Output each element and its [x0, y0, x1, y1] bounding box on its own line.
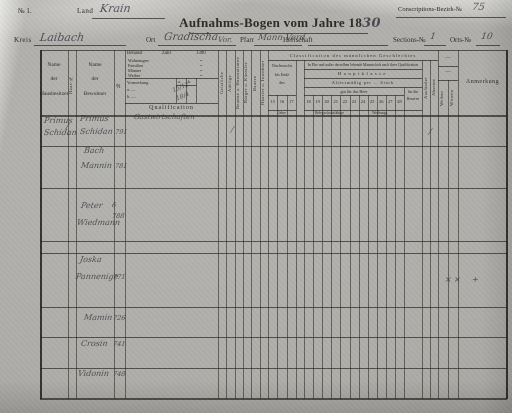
grid-line-horizontal: [40, 337, 507, 338]
age-class-cell: 25: [368, 99, 377, 104]
column-header-hausbesitzer: Name der Hausbesitzer: [40, 58, 68, 101]
grid-line-vertical: [186, 78, 187, 103]
age-class-cell: 28: [395, 99, 404, 104]
grid-line-horizontal: [268, 95, 296, 96]
grid-line-vertical: [331, 95, 332, 399]
entry-number-handwritten: 748: [112, 370, 126, 378]
grid-line-vertical: [386, 95, 387, 399]
entry-bewohner-handwritten: Bach: [83, 146, 105, 155]
main-class-fit: gut für das Heer: [304, 89, 404, 94]
orts-value-handwritten: 10: [480, 32, 493, 42]
grid-line-vertical: [395, 95, 396, 399]
grid-line-horizontal: [40, 368, 507, 369]
right-column-label-vertical: Absente: [432, 63, 438, 112]
land-underline: [92, 18, 165, 19]
grid-line-vertical: [422, 60, 423, 399]
behaust-top-count: 1380: [196, 51, 206, 56]
nachwuchs-age-cell: 16: [277, 99, 286, 104]
main-class-label: Hauptklasse: [304, 71, 422, 76]
reserve-label-line1: für die: [404, 90, 422, 94]
grid-line-vertical: [340, 95, 341, 399]
column-header-line: Hausbesitzer: [40, 87, 68, 101]
ort-suffix-handwritten: Vor.: [217, 35, 233, 44]
form-title-year-handwritten: 30: [362, 16, 381, 31]
grid-line-vertical: [322, 95, 323, 399]
grid-line-horizontal: [40, 398, 507, 400]
grid-line-horizontal: [304, 110, 422, 111]
grid-line-vertical: [448, 80, 449, 399]
grid-line-horizontal: [176, 85, 196, 86]
kreis-label: Kreis: [14, 36, 32, 44]
entry-hausbesitzer-handwritten: Schidan: [43, 128, 77, 137]
grid-line-vertical: [196, 78, 197, 103]
column-header-line: Name: [40, 58, 68, 72]
entry-bewohner-handwritten: Vidonin: [77, 369, 109, 378]
age-class-cell: 19: [313, 99, 322, 104]
classification-title: Classification des männlichen Geschlecht…: [268, 53, 438, 58]
ehen-column-label-vertical: Witwen: [450, 83, 456, 113]
column-header-bewohner: Name der Bewohner: [76, 58, 114, 101]
reserve-label-line2: Reserve: [404, 97, 422, 101]
herrschaft-underline: [308, 45, 388, 46]
grid-line-vertical: [313, 95, 314, 399]
grid-line-horizontal: [438, 66, 458, 67]
sheet-number: № 1.: [18, 7, 32, 15]
grid-line-vertical: [287, 95, 288, 399]
table-border-left: [40, 50, 42, 399]
grid-line-horizontal: [40, 188, 507, 189]
grid-line-vertical: [226, 50, 227, 399]
grid-line-vertical: [176, 78, 177, 103]
grid-line-horizontal: [125, 103, 218, 104]
entry-number-handwritten: 788: [111, 212, 125, 220]
vormerk-line: a. —: [127, 87, 135, 92]
form-title-printed: Aufnahms-Bogen vom Jahre 18: [179, 15, 362, 30]
age-class-cell: 26: [377, 99, 386, 104]
ehen-box-dash: —: [438, 70, 458, 75]
grid-line-horizontal: [268, 110, 296, 111]
class-column-label-vertical: Geistliche: [220, 54, 226, 112]
age-class-cell: 22: [340, 99, 349, 104]
land-value-handwritten: Krain: [99, 2, 131, 15]
nachwuchs-age-cell: 15: [268, 99, 277, 104]
handwritten-mark: ×: [444, 275, 452, 284]
land-label: Land: [77, 7, 93, 15]
handwritten-mark: +: [471, 275, 479, 284]
grid-line-horizontal: [40, 241, 507, 242]
age-class-cell: 27: [386, 99, 395, 104]
ort-label: Ort: [146, 36, 155, 44]
grid-line-horizontal: [304, 69, 422, 70]
entry-number-handwritten: 726: [112, 314, 126, 322]
entry-number-handwritten: 771: [112, 273, 126, 281]
main-class-sub: Altersmäßig per … Stück: [304, 80, 422, 85]
grid-line-vertical: [368, 95, 369, 399]
entry-number-handwritten: 6: [111, 201, 116, 209]
class-column-label-vertical: Bürger u. Künstler: [244, 54, 250, 112]
column-header-line: der: [76, 72, 114, 86]
grid-line-vertical: [377, 95, 378, 399]
ehen-box-dash: —: [438, 56, 458, 61]
grid-line-vertical: [430, 60, 431, 399]
entry-bewohner-handwritten: Primus: [79, 114, 109, 123]
vormerk-line: Vormerkung: [127, 80, 148, 85]
pfarr-underline: [254, 45, 302, 46]
grid-line-horizontal: [40, 307, 507, 308]
sections-underline: [424, 45, 446, 46]
column-header-line: Name: [76, 58, 114, 72]
handwritten-mark: ×: [453, 275, 461, 284]
grid-line-horizontal: [125, 78, 218, 79]
qualification-label: Qualification: [125, 105, 218, 111]
grid-line-horizontal: [304, 95, 404, 96]
ehen-column-label-vertical: Weiber: [440, 83, 446, 113]
entry-bewohner-handwritten: Joska: [79, 255, 102, 264]
entry-bewohner-handwritten: Mannin: [80, 161, 112, 170]
entry-bewohner-handwritten: Crosin: [80, 339, 108, 348]
sections-value-handwritten: 1: [429, 32, 436, 42]
ort-value-handwritten: Gradischa: [163, 31, 219, 43]
class-column-label-vertical: Häusler u. Inwohner: [261, 54, 267, 112]
entry-bewohner-handwritten: Peter: [80, 201, 103, 210]
grid-line-horizontal: [268, 60, 438, 61]
vormerk-line: b. —: [127, 94, 136, 99]
grid-line-horizontal: [304, 78, 422, 79]
nachwuchs-jahre: Jahre: [268, 111, 296, 115]
conscription-underline: [396, 17, 506, 18]
class-column-label-vertical: Beamte u. Honoratioren: [236, 54, 242, 112]
nachwuchs-age-cell: 17: [287, 99, 296, 104]
age-class-cell: 20: [322, 99, 331, 104]
orts-label: Orts-№: [450, 36, 471, 44]
class-column-label-vertical: Adelige: [228, 54, 234, 112]
nachwuchs-line2: bis Ende: [268, 72, 296, 77]
grid-line-horizontal: [40, 146, 507, 147]
grid-line-horizontal: [40, 253, 507, 254]
sections-label: Sections-№: [393, 36, 426, 44]
column-header-line: Bewohner: [76, 87, 114, 101]
grid-line-vertical: [304, 60, 305, 399]
age-class-cell: 21: [331, 99, 340, 104]
entry-number-handwritten: 781: [114, 162, 128, 170]
paper-sheet: № 1. Land Krain Conscriptions-Bezirk-№ 7…: [0, 0, 512, 413]
conscription-district-value: 75: [471, 2, 485, 13]
column-header-haus-nr: Haus-№: [69, 60, 76, 110]
entry-number-handwritten: 791: [114, 128, 128, 136]
orts-underline: [476, 45, 500, 46]
grid-line-vertical: [350, 95, 351, 399]
grid-line-horizontal: [304, 87, 422, 88]
column-header-nr: №: [116, 70, 123, 100]
right-column-label-vertical: Ausländer: [424, 63, 430, 112]
behaust-top-label: Behaust: [127, 51, 142, 56]
conscription-district-label: Conscriptions-Bezirk-№: [398, 6, 462, 13]
pfarr-label: Pfarr: [240, 36, 254, 44]
entry-qualification-handwritten: Gastwirtschaften: [133, 113, 195, 121]
nachwuchs-line3: des: [268, 80, 296, 85]
grid-line-vertical: [359, 95, 360, 399]
grid-line-vertical: [68, 50, 69, 399]
grid-line-vertical: [218, 50, 219, 399]
handwritten-mark: /: [230, 125, 234, 134]
class-column-label-vertical: Bauern: [253, 54, 259, 112]
grid-line-horizontal: [438, 80, 458, 81]
anmerkung-label: Anmerkung: [458, 79, 507, 85]
entry-bewohner-handwritten: Schidan: [79, 127, 113, 136]
kreis-value-handwritten: Laibach: [39, 31, 85, 44]
grid-line-vertical: [404, 87, 405, 399]
kreis-underline: [34, 45, 126, 46]
grid-line-vertical: [277, 95, 278, 399]
form-title: Aufnahms-Bogen vom Jahre 1830: [170, 15, 390, 31]
main-class-note: In Ehe und außer derselben lebende Manns…: [305, 62, 421, 69]
handwritten-mark: /: [428, 127, 432, 136]
grid-line-horizontal: [40, 115, 507, 117]
entry-bewohner-handwritten: Mamin: [83, 313, 113, 322]
age-class-cell: 24: [359, 99, 368, 104]
herrschaft-label: Herrschaft: [283, 36, 313, 44]
grid-line-vertical: [251, 50, 252, 399]
entry-number-handwritten: 741: [112, 340, 126, 348]
table-border-right: [506, 50, 508, 399]
behaust-top-zahl: Zahl: [162, 51, 171, 56]
grid-line-horizontal: [40, 50, 507, 51]
grid-line-vertical: [458, 50, 459, 399]
grid-line-vertical: [296, 60, 297, 399]
scanned-form: № 1. Land Krain Conscriptions-Bezirk-№ 7…: [0, 0, 512, 413]
nachwuchs-label: Nachwuchs: [268, 63, 296, 68]
column-header-line: der: [40, 72, 68, 86]
age-class-cell: 23: [349, 99, 358, 104]
age-class-cell: 18: [304, 99, 313, 104]
ort-underline: [158, 45, 236, 46]
grid-line-vertical: [438, 50, 439, 399]
